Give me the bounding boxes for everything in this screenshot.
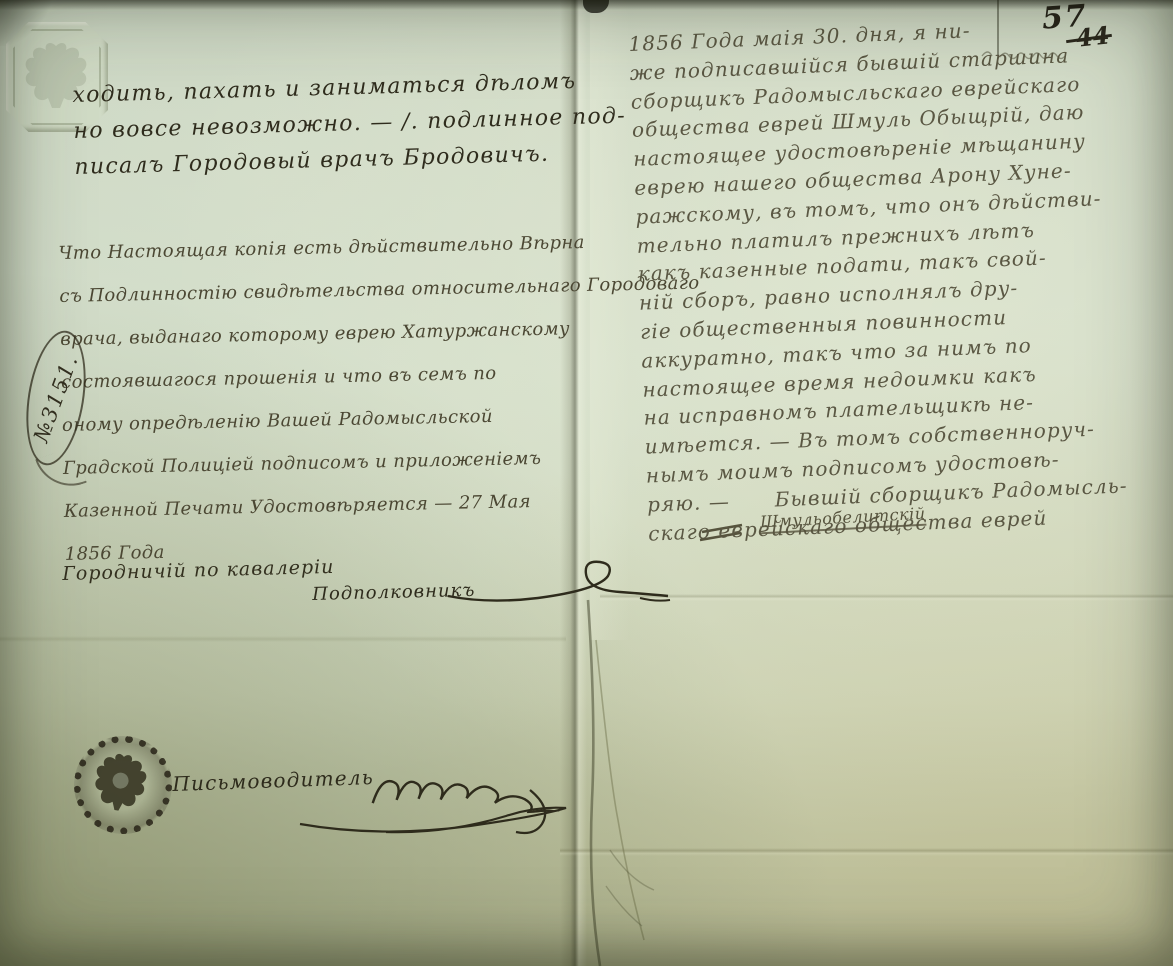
certification-paragraph: Что Настоящая копія есть дѣйствительно В…: [58, 221, 585, 576]
medical-note-paragraph: ходить, пахать и заниматься дѣломъно вов…: [72, 65, 555, 186]
archival-document-scan: 57 44 ходить, пахать и заниматься дѣломъ…: [0, 0, 1173, 966]
fold-highlight: [590, 0, 630, 640]
horizontal-crease: [600, 594, 1173, 601]
attestation-body: 1856 Года маія 30. дня, я ни-же подписав…: [628, 11, 1118, 548]
horizontal-crease: [560, 848, 1173, 856]
clerk-signature-scribble: [365, 753, 578, 822]
horizontal-crease: [0, 636, 566, 642]
case-number: №3151.: [29, 351, 83, 446]
top-edge-shadow: [0, 0, 1173, 10]
official-signature: Подполковникъ: [312, 580, 476, 605]
double-eagle-seal-icon: [86, 747, 154, 817]
